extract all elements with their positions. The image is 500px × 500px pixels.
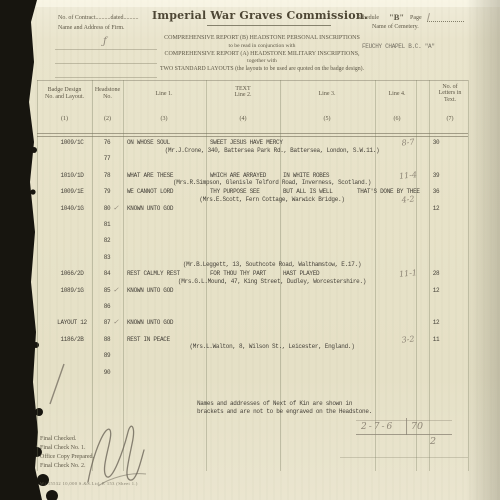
cell-headstone-no: 76 (104, 139, 111, 146)
tally-divider-stroke (406, 418, 407, 435)
cell-letter-count: 12 (433, 319, 440, 326)
cell-headstone-no: 80 (104, 205, 111, 212)
column-header-label: Line 1. (156, 91, 173, 98)
pencil-tally-mark: 3-2 (401, 334, 415, 344)
column-header-number: (5) (324, 116, 331, 123)
column-header-label: No. of Letters in Text. (439, 84, 462, 104)
firm-rule-3 (55, 77, 157, 78)
pencil-tally-mark: 4-2 (401, 195, 415, 205)
cell-headstone-no: 78 (104, 172, 111, 179)
column-header-label: TEXT Line 2. (235, 86, 252, 99)
cell-badge-design: 1009/1C (60, 139, 83, 146)
torn-left-edge (0, 0, 70, 500)
pencil-checkmark: ✓ (113, 318, 119, 326)
cell-headstone-no: 83 (104, 254, 111, 261)
schedule-label: Schedule (357, 15, 379, 21)
note-line-2: brackets and are not to be engraved on t… (197, 408, 372, 415)
tally-total: 70 (411, 421, 423, 432)
cell-headstone-no: 79 (104, 188, 111, 195)
contract-label: No. of Contract..........dated.......... (58, 15, 138, 21)
signature-scribble (80, 420, 160, 492)
cell-next-of-kin-address: (Mr.J.Crone, 340, Battersea Park Rd., Ba… (165, 147, 380, 154)
column-rule (468, 80, 469, 471)
column-header-number: (4) (240, 116, 247, 123)
column-rule (429, 80, 430, 471)
header-double-rule-a (37, 133, 468, 134)
cell-line1: ON WHOSE SOUL (127, 139, 170, 146)
cell-headstone-no: 84 (104, 270, 111, 277)
cell-line2: WHICH ARE ARRAYED (210, 172, 266, 179)
cell-line1: WHAT ARE THESE (127, 172, 173, 179)
cell-badge-design: 1010/1D (60, 172, 83, 179)
cell-line3: BUT ALL IS WELL (283, 188, 333, 195)
cell-letter-count: 36 (433, 188, 440, 195)
cell-line1: KNOWN UNTO GOD (127, 287, 173, 294)
cell-letter-count: 30 (433, 139, 440, 146)
cell-badge-design: 1089/1G (60, 287, 83, 294)
cell-headstone-no: 82 (104, 237, 111, 244)
cell-headstone-no: 90 (104, 369, 111, 376)
table-top-rule (37, 80, 468, 81)
column-header-number: (3) (161, 116, 168, 123)
cell-headstone-no: 87 (104, 319, 111, 326)
pencil-tally-mark: 11-4 (399, 170, 418, 181)
pencil-tally-mark: 8-7 (401, 137, 415, 147)
cell-line1: KNOWN UNTO GOD (127, 319, 173, 326)
cell-letter-count: 11 (433, 336, 440, 343)
pencil-checkmark: ✓ (113, 204, 119, 212)
bottom-partial-rule (340, 457, 468, 458)
cell-line1: REST CALMLY REST (127, 270, 180, 277)
cell-line1: REST IN PEACE (127, 336, 170, 343)
cell-line1: KNOWN UNTO GOD (127, 205, 173, 212)
column-header-number: (7) (447, 116, 454, 123)
cemetery-label: Name of Cemetery. (372, 24, 419, 30)
cell-line2: FOR THOU THY PART (210, 270, 266, 277)
tally-carry: 2 (430, 436, 436, 447)
cell-badge-design: 1066/2D (60, 270, 83, 277)
conjunction-line: to be read in conjunction with (229, 43, 296, 49)
cell-headstone-no: 86 (104, 303, 111, 310)
cell-badge-design: LAYOUT 12 (57, 319, 87, 326)
cell-letter-count: 12 (433, 287, 440, 294)
cell-headstone-no: 85 (104, 287, 111, 294)
form-title: Imperial War Graves Commission. (152, 9, 368, 22)
firm-rule-2 (55, 63, 157, 64)
together-line: together with (247, 58, 277, 64)
title-underline (207, 25, 331, 26)
pencil-checkmark: ✓ (113, 286, 119, 294)
column-header-number: (6) (394, 116, 401, 123)
tally-bottom-rule (356, 434, 452, 435)
column-header-number: (2) (104, 116, 111, 123)
right-shadow-edge (466, 0, 500, 500)
handwritten-firm-mark: ƒ (103, 36, 107, 47)
top-light-edge (0, 0, 500, 7)
cell-next-of-kin-address: (Mrs.R.Simpson, Glenisle Telford Road, I… (173, 179, 371, 186)
report-a-line: COMPREHENSIVE REPORT (A) HEADSTONE MILIT… (164, 51, 359, 57)
column-header-label: Line 3. (319, 91, 336, 98)
cell-badge-design: 1186/2B (60, 336, 83, 343)
cell-line2: SWEET JESUS HAVE MERCY (210, 139, 283, 146)
firm-rule-1 (55, 49, 157, 50)
cemetery-value: FEUCHY CHAPEL B.C. "A" (362, 43, 435, 50)
cell-next-of-kin-address: (Mrs.E.Scott, Fern Cottage, Warwick Brid… (199, 196, 344, 203)
page-dotted-rule (427, 20, 464, 22)
cell-letter-count: 39 (433, 172, 440, 179)
note-line-1: Names and addresses of Next of Kin are s… (197, 400, 352, 407)
column-rule (92, 80, 93, 471)
column-header-label: Badge Design No. and Layout. (45, 87, 84, 100)
cell-letter-count: 12 (433, 205, 440, 212)
cell-letter-count: 28 (433, 270, 440, 277)
tally-top-rule (356, 420, 452, 421)
footer-check-line: Final Check No. 1. (40, 445, 86, 451)
footer-check-line: Final Checked. (40, 436, 76, 442)
cell-next-of-kin-address: (Mrs.G.L.Mound, 47, King Street, Dudley,… (178, 278, 366, 285)
column-header-label: Line 4. (389, 91, 406, 98)
header-double-rule-b (37, 136, 468, 137)
column-rule (37, 80, 38, 471)
firm-label: Name and Address of Firm. (58, 25, 125, 31)
footer-check-line: Final Check No. 2. (40, 463, 86, 469)
column-rule (375, 80, 376, 471)
cell-badge-design: 1009/1E (60, 188, 83, 195)
cell-headstone-no: 81 (104, 221, 111, 228)
pencil-tally-mark: 11-1 (399, 268, 418, 279)
cell-line3: HAST PLAYED (283, 270, 319, 277)
cell-badge-design: 1040/1G (60, 205, 83, 212)
report-b-line: COMPREHENSIVE REPORT (B) HEADSTONE PERSO… (164, 35, 360, 41)
cell-headstone-no: 88 (104, 336, 111, 343)
cell-line1: WE CANNOT LORD (127, 188, 173, 195)
pencil-slash-mark (46, 362, 70, 406)
cell-headstone-no: 77 (104, 155, 111, 162)
layouts-line: TWO STANDARD LAYOUTS (the layouts to be … (160, 66, 364, 72)
page-label: Page (410, 15, 422, 21)
cell-line2: THY PURPOSE SEE (210, 188, 260, 195)
column-header-label: Headstone No. (95, 87, 120, 100)
cell-next-of-kin-address: (Mr.B.Leggett, 13, Southcote Road, Walth… (183, 261, 361, 268)
tally-amount: 2-7-6 (361, 422, 394, 432)
scanned-form: No. of Contract..........dated..........… (0, 0, 500, 500)
cell-headstone-no: 89 (104, 352, 111, 359)
cell-line3: IN WHITE ROBES (283, 172, 329, 179)
cell-next-of-kin-address: (Mrs.L.Walton, 8, Wilson St., Leicester,… (189, 343, 354, 350)
schedule-letter: "B" (389, 12, 404, 22)
column-header-number: (1) (61, 116, 68, 123)
column-rule (123, 80, 124, 471)
